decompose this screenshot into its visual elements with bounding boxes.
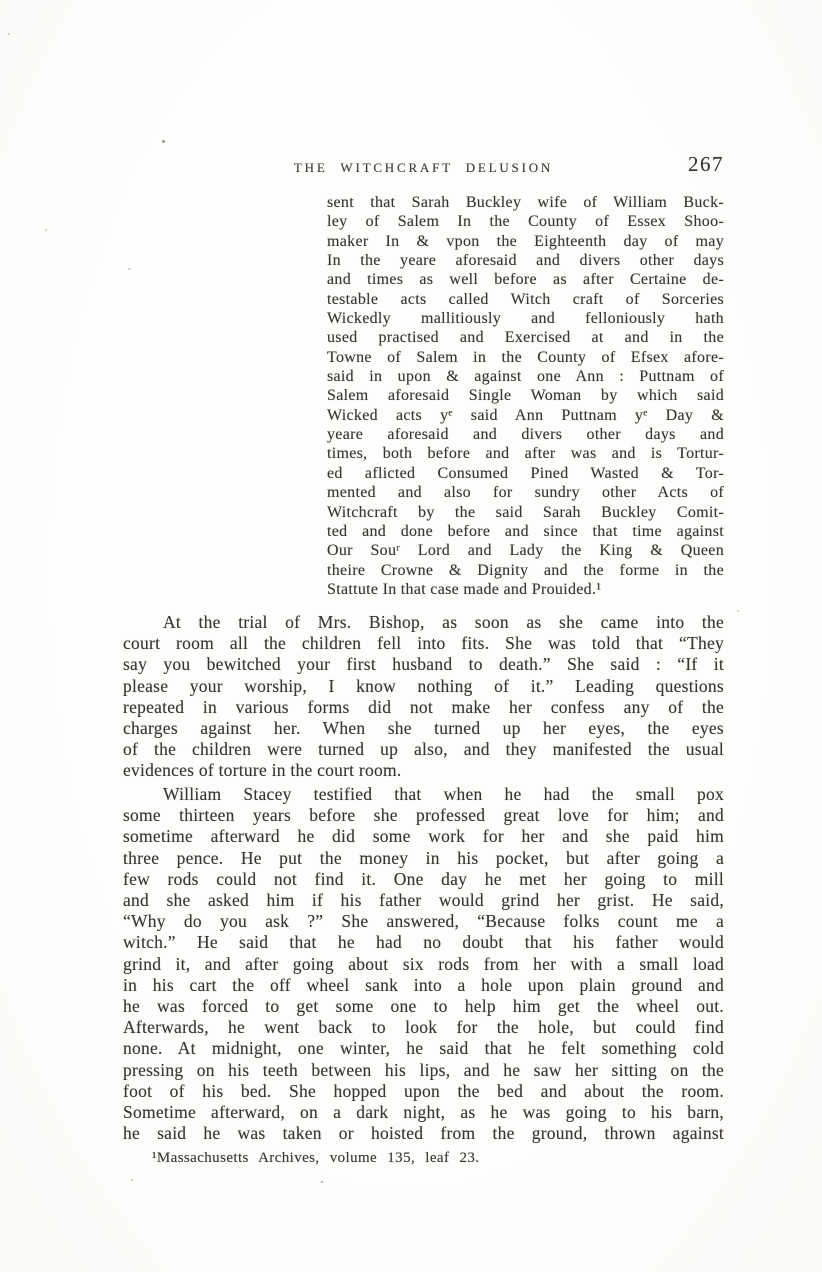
text-line: charges against her. When she turned up … (123, 718, 724, 739)
text-line: court room all the children fell into fi… (123, 633, 724, 654)
text-line: “Why do you ask ?” She answered, “Becaus… (123, 911, 724, 932)
indictment-quote: sent that Sarah Buckley wife of William … (327, 193, 724, 599)
text-line: of the children were turned up also, and… (123, 739, 724, 760)
scan-speck (162, 140, 165, 143)
text-line: none. At midnight, one winter, he said t… (123, 1038, 724, 1059)
scan-speck (321, 1181, 323, 1183)
text-line: Stattute In that case made and Prouided.… (327, 580, 724, 599)
text-line: used practised and Exercised at and in t… (327, 328, 724, 347)
text-line: please your worship, I know nothing of i… (123, 676, 724, 697)
text-line: William Stacey testified that when he ha… (123, 784, 724, 805)
scan-speck (45, 229, 47, 231)
text-line: foot of his bed. She hopped upon the bed… (123, 1081, 724, 1102)
scan-speck (737, 610, 739, 612)
text-line: and she asked him if his father would gr… (123, 890, 724, 911)
footnote: ¹Massachusetts Archives, volume 135, lea… (152, 1150, 479, 1167)
text-line: Our Souʳ Lord and Lady the King & Queen (327, 541, 724, 560)
text-line: sometime afterward he did some work for … (123, 826, 724, 847)
text-line: Towne of Salem in the County of Efsex af… (327, 348, 724, 367)
scan-speck (131, 1179, 133, 1181)
scan-speck (128, 268, 131, 270)
text-line: and times as well before as after Certai… (327, 270, 724, 289)
running-title: THE WITCHCRAFT DELUSION (123, 160, 724, 176)
text-line: say you bewitched your first husband to … (123, 654, 724, 675)
text-line: ed aflicted Consumed Pined Wasted & Tor- (327, 464, 724, 483)
text-line: ley of Salem In the County of Essex Shoo… (327, 212, 724, 231)
text-line: witch.” He said that he had no doubt tha… (123, 932, 724, 953)
body-paragraph-william-stacey: William Stacey testified that when he ha… (123, 784, 724, 1144)
text-line: few rods could not find it. One day he m… (123, 869, 724, 890)
text-line: At the trial of Mrs. Bishop, as soon as … (123, 612, 724, 633)
text-line: grind it, and after going about six rods… (123, 954, 724, 975)
text-line: times, both before and after was and is … (327, 444, 724, 463)
text-line: pressing on his teeth between his lips, … (123, 1060, 724, 1081)
text-line: mented and also for sundry other Acts of (327, 483, 724, 502)
text-line: repeated in various forms did not make h… (123, 697, 724, 718)
running-header: THE WITCHCRAFT DELUSION 267 (123, 156, 724, 186)
text-line: Witchcraft by the said Sarah Buckley Com… (327, 503, 724, 522)
text-line: Salem aforesaid Single Woman by which sa… (327, 386, 724, 405)
text-line: said in upon & against one Ann : Puttnam… (327, 367, 724, 386)
page-number: 267 (688, 152, 724, 177)
book-page: THE WITCHCRAFT DELUSION 267 sent that Sa… (0, 0, 822, 1272)
text-line: In the yeare aforesaid and divers other … (327, 251, 724, 270)
text-line: ted and done before and since that time … (327, 522, 724, 541)
text-line: theire Crowne & Dignity and the forme in… (327, 561, 724, 580)
text-line: Wicked acts yᵉ said Ann Puttnam yᵉ Day & (327, 406, 724, 425)
text-line: some thirteen years before she professed… (123, 805, 724, 826)
text-line: Wickedly mallitiously and felloniously h… (327, 309, 724, 328)
text-line: evidences of torture in the court room. (123, 760, 724, 781)
text-line: Sometime afterward, on a dark night, as … (123, 1102, 724, 1123)
text-line: Afterwards, he went back to look for the… (123, 1017, 724, 1038)
text-line: in his cart the off wheel sank into a ho… (123, 975, 724, 996)
text-line: he was forced to get some one to help hi… (123, 996, 724, 1017)
text-line: sent that Sarah Buckley wife of William … (327, 193, 724, 212)
text-line: he said he was taken or hoisted from the… (123, 1123, 724, 1144)
text-line: maker In & vpon the Eighteenth day of ma… (327, 232, 724, 251)
text-line: testable acts called Witch craft of Sorc… (327, 290, 724, 309)
body-paragraph-trial-of-mrs-bishop: At the trial of Mrs. Bishop, as soon as … (123, 612, 724, 782)
text-line: three pence. He put the money in his poc… (123, 848, 724, 869)
text-line: yeare aforesaid and divers other days an… (327, 425, 724, 444)
scan-speck (8, 33, 10, 35)
